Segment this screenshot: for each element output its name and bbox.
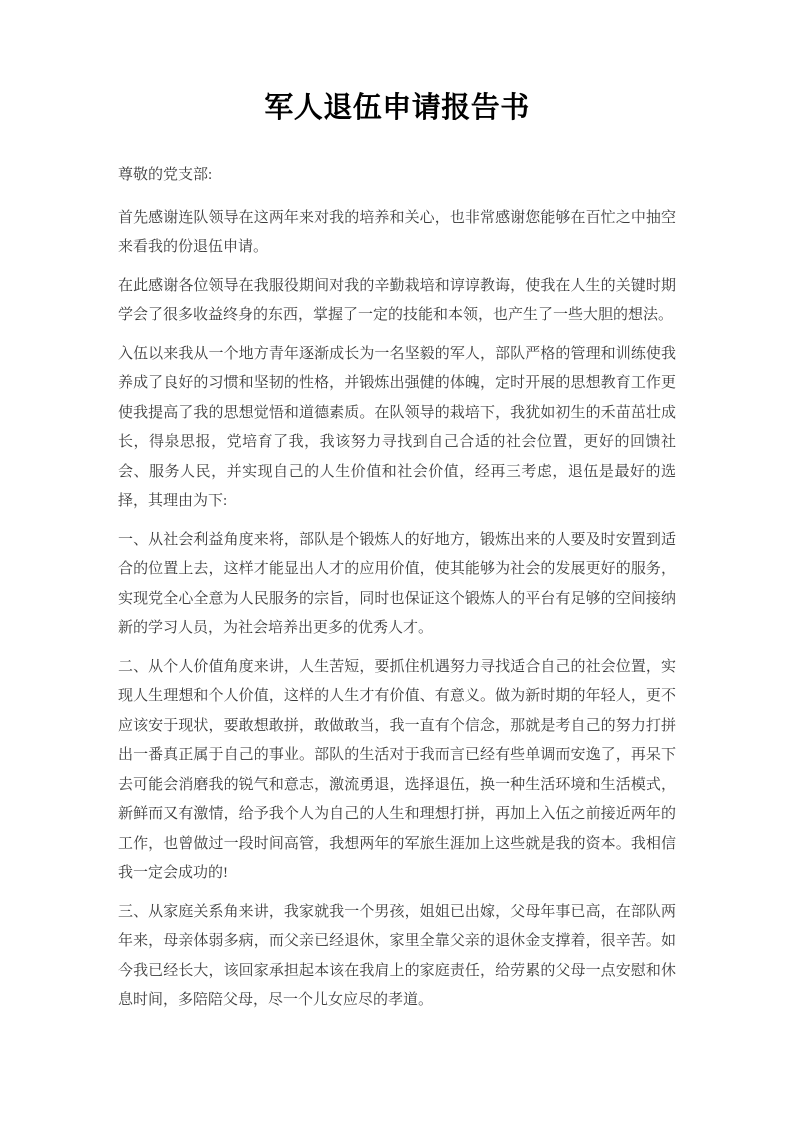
body-paragraph: 三、从家庭关系角来讲，我家就我一个男孩，姐姐已出嫁，父母年事已高，在部队两年来，… [118,898,676,1016]
body-paragraph: 入伍以来我从一个地方青年逐渐成长为一名坚毅的军人，部队严格的管理和训练使我养成了… [118,340,676,517]
body-paragraph: 在此感谢各位领导在我服役期间对我的辛勤栽培和谆谆教诲，使我在人生的关键时期学会了… [118,272,676,331]
document-page: 军人退伍申请报告书 尊敬的党支部: 首先感谢连队领导在这两年来对我的培养和关心，… [0,0,793,1122]
body-paragraph: 一、从社会利益角度来将，部队是个锻炼人的好地方，锻炼出来的人要及时安置到适合的位… [118,526,676,644]
document-title: 军人退伍申请报告书 [118,88,676,128]
body-paragraph: 二、从个人价值角度来讲，人生苦短，要抓住机遇努力寻找适合自己的社会位置，实现人生… [118,653,676,889]
salutation: 尊敬的党支部: [118,161,676,191]
body-paragraph: 首先感谢连队领导在这两年来对我的培养和关心，也非常感谢您能够在百忙之中抽空来看我… [118,204,676,263]
